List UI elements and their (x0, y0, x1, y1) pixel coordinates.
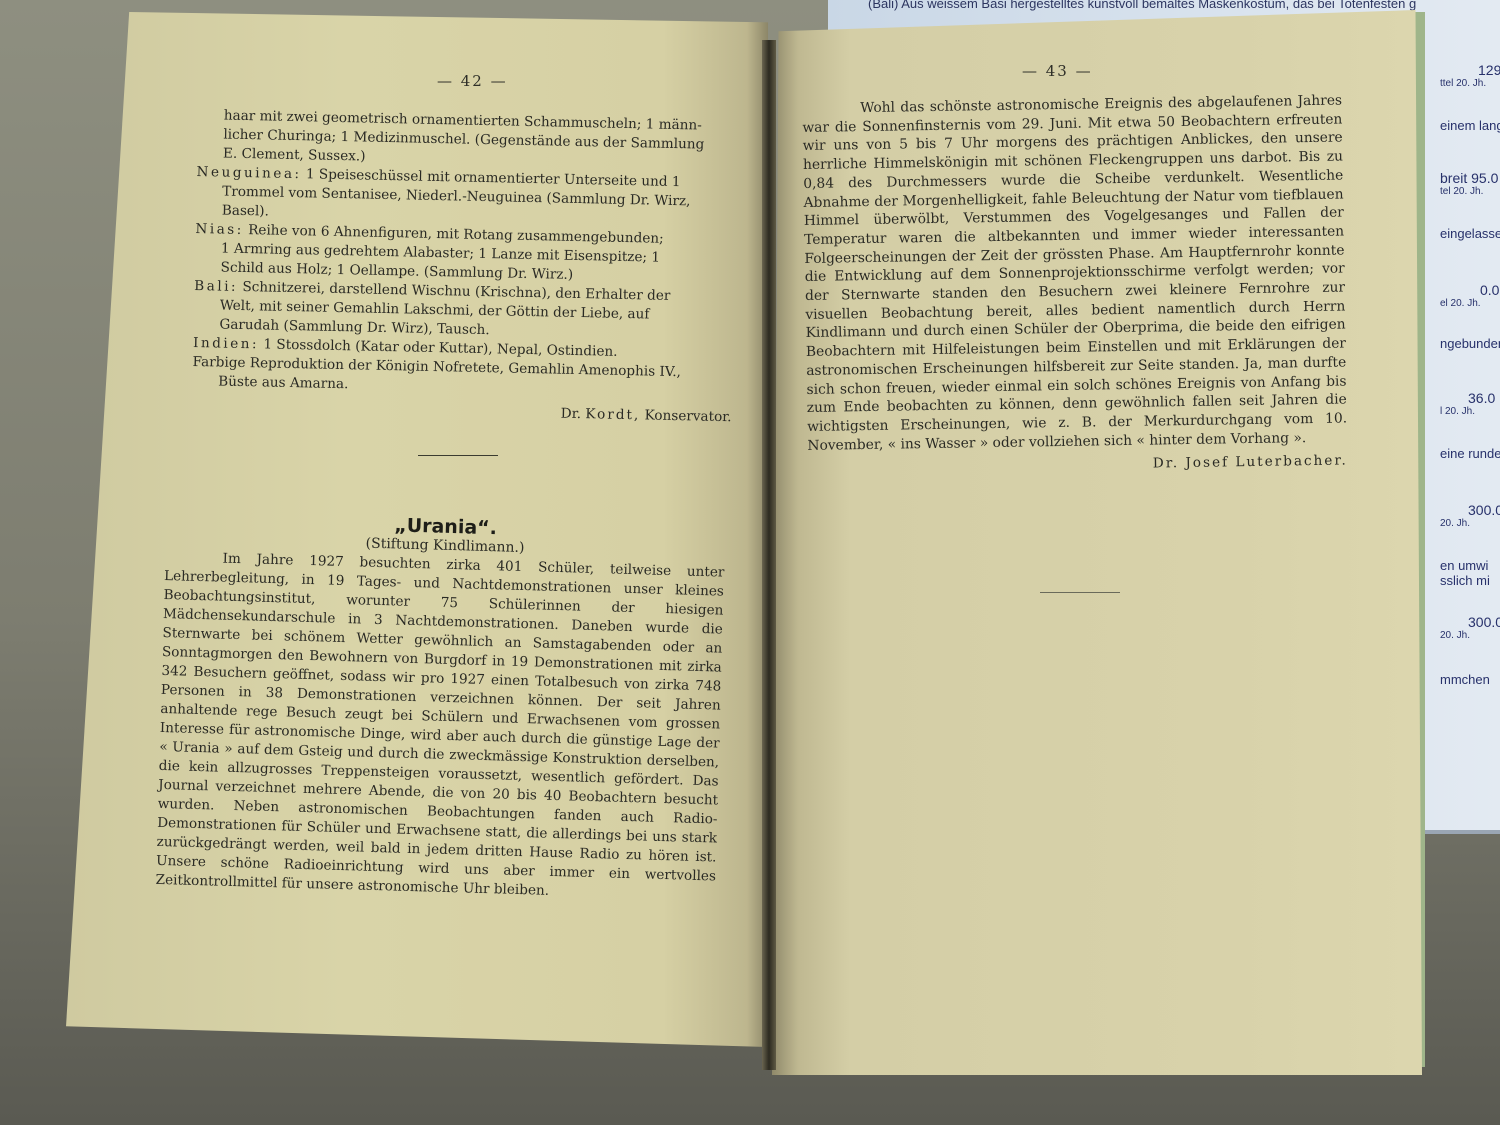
bg-value: 129.0 (1478, 62, 1500, 78)
eclipse-body: Wohl das schönste astronomische Ereignis… (802, 92, 1348, 456)
urania-body: Im Jahre 1927 besuchten zirka 401 Schüle… (155, 548, 724, 906)
left-entries: haar mit zwei geometrisch ornamentierten… (192, 106, 738, 427)
bg-entry: eingelasse (1440, 226, 1500, 241)
section-divider-right (1040, 592, 1120, 593)
signature-title: Konservator. (644, 407, 731, 425)
bg-text: einem lange (1440, 118, 1500, 133)
bg-text: en umwi (1440, 558, 1488, 573)
bg-entry: 300.020. Jh. (1468, 614, 1500, 641)
page-number-right: — 43 — (1022, 62, 1093, 80)
bg-entry: 300.020. Jh. (1468, 502, 1500, 529)
urania-section: „Urania“. (Stiftung Kindlimann.) Im Jahr… (155, 508, 725, 905)
bg-sub: tel 20. Jh. (1440, 186, 1498, 197)
bg-text: sslich mi (1440, 573, 1490, 588)
bg-text: mmchen (1440, 672, 1490, 687)
bg-text: ngebunden (1440, 336, 1500, 351)
bg-sub: 20. Jh. (1440, 518, 1500, 529)
book-spine (762, 40, 776, 1070)
background-sheet-top-line: (Bali) Aus weissem Basi hergestelltes ku… (868, 0, 1416, 11)
bg-value: 0.0 (1480, 282, 1499, 298)
page-number-left: — 42 — (437, 72, 508, 90)
bg-entry: ngebunden (1440, 336, 1500, 351)
bg-sub: el 20. Jh. (1440, 298, 1499, 309)
bg-sub: 20. Jh. (1440, 630, 1500, 641)
bg-entry: 129.0ttel 20. Jh. (1478, 62, 1500, 89)
signature-name: Dr. Josef Luterbacher. (1153, 453, 1348, 472)
bg-value: breit 95.0 (1440, 170, 1498, 186)
entry-label: Neuguinea: (196, 164, 301, 182)
bg-entry: 36.0l 20. Jh. (1468, 390, 1495, 417)
entry-label: Indien: (193, 335, 259, 352)
section-divider (418, 455, 498, 456)
entry-label: Nias: (195, 221, 244, 238)
bg-value: 300.0 (1468, 614, 1500, 630)
eclipse-section: Wohl das schönste astronomische Ereignis… (802, 92, 1348, 478)
entry-label: Bali: (194, 278, 238, 295)
signature-prefix: Dr. (561, 406, 582, 422)
bg-entry: mmchen (1440, 672, 1490, 687)
bg-entry: en umwisslich mi (1440, 558, 1490, 588)
bg-entry: 0.0el 20. Jh. (1480, 282, 1499, 309)
bg-entry: eine runde (1440, 446, 1500, 461)
bg-text: eine runde (1440, 446, 1500, 461)
bg-entry: breit 95.0tel 20. Jh. (1440, 170, 1498, 197)
bg-sub: l 20. Jh. (1440, 406, 1495, 417)
bg-sub: ttel 20. Jh. (1440, 78, 1500, 89)
bg-value: 36.0 (1468, 390, 1495, 406)
bg-text: eingelasse (1440, 226, 1500, 241)
signature-name: Kordt, (585, 406, 640, 423)
bg-value: 300.0 (1468, 502, 1500, 518)
bg-entry: einem lange (1440, 118, 1500, 133)
